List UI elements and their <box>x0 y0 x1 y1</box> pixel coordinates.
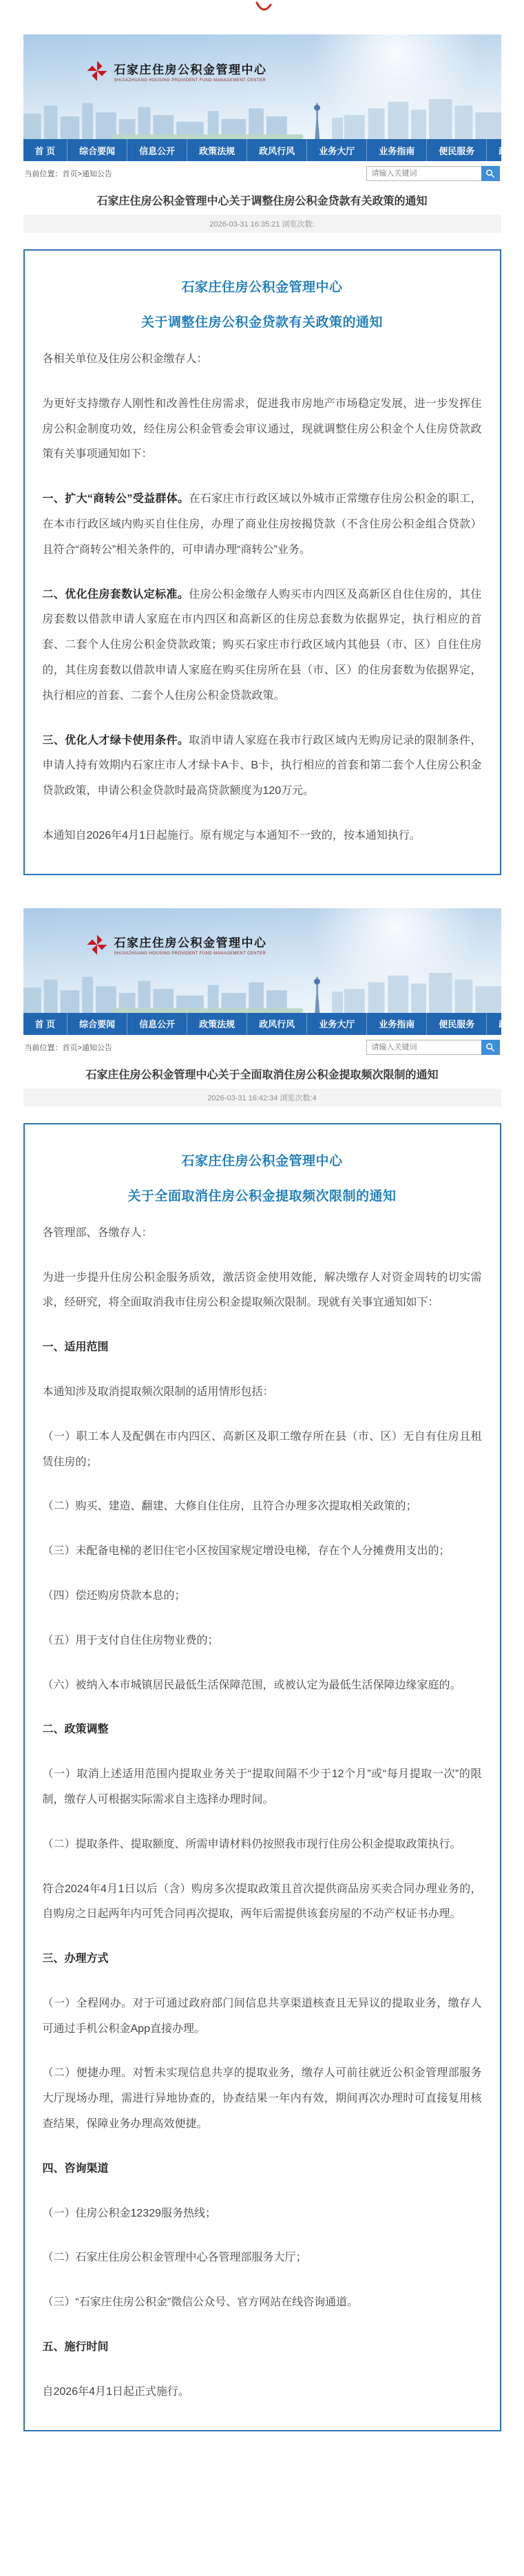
paragraph-text: （二）购买、建造、翻建、大修自住住房，且符合办理多次提取相关政策的； <box>43 1500 417 1512</box>
breadcrumb: 当前位置：首页>通知公告 <box>25 1042 112 1053</box>
nav-item[interactable]: 首 页 <box>23 1013 68 1035</box>
tv-tower-icon <box>314 103 320 139</box>
notice-paragraph: （三）“石家庄住房公积金”微信公众号、官方网站在线咨询通道。 <box>43 2290 482 2316</box>
nav-item[interactable]: 政策法规 <box>187 139 247 161</box>
breadcrumb-path[interactable]: 首页>通知公告 <box>63 1044 112 1052</box>
breadcrumb-label: 当前位置： <box>25 1044 63 1052</box>
notice-paragraph: （五）用于支付自住住房物业费的； <box>43 1629 482 1654</box>
search-button[interactable] <box>481 1040 500 1055</box>
nav-item[interactable]: 便民服务 <box>427 139 487 161</box>
paragraph-text: （三）“石家庄住房公积金”微信公众号、官方网站在线咨询通道。 <box>43 2296 359 2308</box>
paragraph-text: （一）全程网办。对于可通过政府部门间信息共享渠道核查且无异议的提取业务，缴存人可… <box>43 1998 482 2035</box>
notice-body: 各管理部、各缴存人：为进一步提升住房公积金服务质效，激活资金使用效能，解决缴存人… <box>43 1221 482 2405</box>
notice-body: 各相关单位及住房公积金缴存人：为更好支持缴存人刚性和改善性住房需求，促进我市房地… <box>43 347 482 849</box>
notice-paragraph: （一）住房公积金12329服务热线； <box>43 2201 482 2227</box>
search-input[interactable] <box>366 1040 481 1055</box>
paragraph-text: （二）石家庄住房公积金管理中心各管理部服务大厅； <box>43 2252 307 2263</box>
main-nav: 首 页综合要闻信息公开政策法规政风行风业务大厅业务指南便民服务政民互动 <box>23 139 501 161</box>
paragraph-lead: 四、咨询渠道 <box>43 2163 109 2175</box>
notice-paragraph: （二）石家庄住房公积金管理中心各管理部服务大厅； <box>43 2245 482 2271</box>
notice-paragraph: 三、办理方式 <box>43 1947 482 1972</box>
nav-item[interactable]: 综合要闻 <box>67 1013 127 1035</box>
paragraph-text: 本通知自2026年4月1日起施行。原有规定与本通知不一致的，按本通知执行。 <box>43 830 421 841</box>
paragraph-text: 自2026年4月1日起正式施行。 <box>43 2386 189 2398</box>
nav-item[interactable]: 政风行风 <box>247 139 307 161</box>
paragraph-text: 为进一步提升住房公积金服务质效，激活资金使用效能，解决缴存人对资金周转的切实需求… <box>43 1272 482 1309</box>
paragraph-lead: 一、扩大“商转公”受益群体。 <box>43 493 189 505</box>
city-skyline-image <box>23 96 501 139</box>
article-title: 石家庄住房公积金管理中心关于调整住房公积金贷款有关政策的通知 <box>23 192 501 208</box>
paragraph-text: （五）用于支付自住住房物业费的； <box>43 1635 219 1646</box>
city-skyline-image <box>23 970 501 1013</box>
notice-paragraph: 一、适用范围 <box>43 1335 482 1361</box>
notice-paragraph: （一）职工本人及配偶在市内四区、高新区及职工缴存所在县（市、区）无自有住房且租赁… <box>43 1425 482 1476</box>
breadcrumb-label: 当前位置： <box>25 170 63 178</box>
notice-paragraph: 本通知自2026年4月1日起施行。原有规定与本通知不一致的，按本通知执行。 <box>43 824 482 849</box>
paragraph-text: （四）偿还购房贷款本息的； <box>43 1590 186 1602</box>
doc-title-line2: 关于调整住房公积金贷款有关政策的通知 <box>43 312 482 331</box>
nav-item[interactable]: 首 页 <box>23 139 68 161</box>
notice-paragraph: 为进一步提升住房公积金服务质效，激活资金使用效能，解决缴存人对资金周转的切实需求… <box>43 1266 482 1317</box>
nav-item[interactable]: 政风行风 <box>247 1013 307 1035</box>
paragraph-text: 本通知涉及取消提取频次限制的适用情形包括： <box>43 1386 274 1398</box>
paragraph-text: 符合2024年4月1日以后（含）购房多次提取政策且首次提供商品房买卖合同办理业务… <box>43 1883 482 1920</box>
nav-item[interactable]: 业务指南 <box>367 1013 427 1035</box>
nav-item[interactable]: 业务大厅 <box>307 139 367 161</box>
paragraph-text: （一）住房公积金12329服务热线； <box>43 2208 217 2219</box>
site-logo-subtitle: SHIJIAZHUANG HOUSING PROVIDENT FUND MANA… <box>114 78 267 83</box>
notice-document-1: 石家庄住房公积金管理中心 关于调整住房公积金贷款有关政策的通知 各相关单位及住房… <box>23 249 501 875</box>
notice-paragraph: （三）未配备电梯的老旧住宅小区按国家规定增设电梯，存在个人分摊费用支出的； <box>43 1539 482 1564</box>
doc-title-line2: 关于全面取消住房公积金提取频次限制的通知 <box>43 1186 482 1204</box>
nav-item[interactable]: 便民服务 <box>427 1013 487 1035</box>
search-box <box>366 1040 500 1055</box>
paragraph-text: （一）取消上述适用范围内提取业务关于“提取间隔不少于12个月”或“每月提取一次”… <box>43 1768 482 1805</box>
pinwheel-logo-icon <box>85 933 109 956</box>
paragraph-text: （二）便捷办理。对暂未实现信息共享的提取业务，缴存人可前往就近公积金管理部服务大… <box>43 2067 482 2130</box>
paragraph-lead: 三、办理方式 <box>43 1953 109 1965</box>
pinwheel-logo-icon <box>85 59 109 83</box>
notice-paragraph: （一）取消上述适用范围内提取业务关于“提取间隔不少于12个月”或“每月提取一次”… <box>43 1762 482 1813</box>
breadcrumb: 当前位置：首页>通知公告 <box>25 168 112 179</box>
notice-paragraph: （一）全程网办。对于可通过政府部门间信息共享渠道核查且无异议的提取业务，缴存人可… <box>43 1991 482 2042</box>
search-icon <box>485 169 495 178</box>
notice-paragraph: （四）偿还购房贷款本息的； <box>43 1584 482 1609</box>
site-banner: 石家庄住房公积金管理中心 SHIJIAZHUANG HOUSING PROVID… <box>23 908 501 1013</box>
nav-item[interactable]: 政民互动 <box>487 1013 524 1035</box>
notice-paragraph: 五、施行时间 <box>43 2335 482 2360</box>
paragraph-text: （三）未配备电梯的老旧住宅小区按国家规定增设电梯，存在个人分摊费用支出的； <box>43 1545 450 1557</box>
paragraph-lead: 二、政策调整 <box>43 1724 109 1735</box>
nav-item[interactable]: 业务大厅 <box>307 1013 367 1035</box>
notice-paragraph: 符合2024年4月1日以后（含）购房多次提取政策且首次提供商品房买卖合同办理业务… <box>43 1877 482 1928</box>
notice-paragraph: 为更好支持缴存人刚性和改善性住房需求，促进我市房地产市场稳定发展，进一步发挥住房… <box>43 392 482 468</box>
red-swoosh-icon <box>255 1 273 14</box>
search-box <box>366 166 500 181</box>
nav-item[interactable]: 综合要闻 <box>67 139 127 161</box>
notice-paragraph: 二、政策调整 <box>43 1717 482 1743</box>
notice-paragraph: （二）便捷办理。对暂未实现信息共享的提取业务，缴存人可前往就近公积金管理部服务大… <box>43 2061 482 2137</box>
breadcrumb-row: 当前位置：首页>通知公告 <box>23 1035 501 1058</box>
paragraph-lead: 二、优化住房套数认定标准。 <box>43 589 189 600</box>
site-banner: 石家庄住房公积金管理中心 SHIJIAZHUANG HOUSING PROVID… <box>23 34 501 139</box>
tv-tower-icon <box>314 976 320 1012</box>
paragraph-text: 为更好支持缴存人刚性和改善性住房需求，促进我市房地产市场稳定发展，进一步发挥住房… <box>43 398 482 461</box>
nav-item[interactable]: 政策法规 <box>187 1013 247 1035</box>
site-logo-title: 石家庄住房公积金管理中心 <box>114 933 267 950</box>
search-button[interactable] <box>481 166 500 181</box>
notice-paragraph: 三、优化人才绿卡使用条件。取消申请人家庭在我市行政区域内无购房记录的限制条件，申… <box>43 729 482 804</box>
article-meta: 2026-03-31 16:42:34 浏览次数:4 <box>23 1089 501 1107</box>
doc-title-line1: 石家庄住房公积金管理中心 <box>43 1151 482 1169</box>
red-scroll-mark <box>255 1 273 14</box>
search-input[interactable] <box>366 166 481 181</box>
site-logo: 石家庄住房公积金管理中心 SHIJIAZHUANG HOUSING PROVID… <box>85 933 267 956</box>
site-logo-subtitle: SHIJIAZHUANG HOUSING PROVIDENT FUND MANA… <box>114 952 267 956</box>
page-screenshot-1: 石家庄住房公积金管理中心 SHIJIAZHUANG HOUSING PROVID… <box>23 0 501 875</box>
paragraph-lead: 一、适用范围 <box>43 1341 109 1353</box>
paragraph-text: （一）职工本人及配偶在市内四区、高新区及职工缴存所在县（市、区）无自有住房且租赁… <box>43 1431 482 1468</box>
doc-title-line1: 石家庄住房公积金管理中心 <box>43 277 482 295</box>
paragraph-text: （六）被纳入本市城镇居民最低生活保障范围，或被认定为最低生活保障边缘家庭的。 <box>43 1679 461 1691</box>
notice-paragraph: 自2026年4月1日起正式施行。 <box>43 2380 482 2405</box>
paragraph-text: 住房公积金缴存人购买市内四区及高新区自住住房的，其住房套数以借款申请人家庭在市内… <box>43 589 482 702</box>
notice-paragraph: （二）购买、建造、翻建、大修自住住房，且符合办理多次提取相关政策的； <box>43 1494 482 1520</box>
page-screenshot-2: 石家庄住房公积金管理中心 SHIJIAZHUANG HOUSING PROVID… <box>23 908 501 2431</box>
nav-item[interactable]: 业务指南 <box>367 139 427 161</box>
notice-paragraph: 四、咨询渠道 <box>43 2157 482 2182</box>
paragraph-text: 各相关单位及住房公积金缴存人： <box>43 353 208 365</box>
article-title: 石家庄住房公积金管理中心关于全面取消住房公积金提取频次限制的通知 <box>23 1066 501 1082</box>
paragraph-text: （二）提取条件、提取额度、所需申请材料仍按照我市现行住房公积金提取政策执行。 <box>43 1839 461 1850</box>
breadcrumb-path[interactable]: 首页>通知公告 <box>63 170 112 178</box>
notice-paragraph: 二、优化住房套数认定标准。住房公积金缴存人购买市内四区及高新区自住住房的，其住房… <box>43 583 482 709</box>
paragraph-text: 各管理部、各缴存人： <box>43 1227 153 1239</box>
nav-item[interactable]: 信息公开 <box>127 139 187 161</box>
nav-item[interactable]: 政民互动 <box>487 139 524 161</box>
notice-paragraph: 本通知涉及取消提取频次限制的适用情形包括： <box>43 1380 482 1405</box>
paragraph-lead: 三、优化人才绿卡使用条件。 <box>43 735 189 746</box>
notice-paragraph: 一、扩大“商转公”受益群体。在石家庄市行政区域以外城市正常缴存住房公积金的职工，… <box>43 487 482 563</box>
nav-item[interactable]: 信息公开 <box>127 1013 187 1035</box>
search-icon <box>485 1043 495 1052</box>
site-logo: 石家庄住房公积金管理中心 SHIJIAZHUANG HOUSING PROVID… <box>85 59 267 83</box>
notice-paragraph: （二）提取条件、提取额度、所需申请材料仍按照我市现行住房公积金提取政策执行。 <box>43 1832 482 1858</box>
notice-paragraph: （六）被纳入本市城镇居民最低生活保障范围，或被认定为最低生活保障边缘家庭的。 <box>43 1673 482 1699</box>
notice-paragraph: 各相关单位及住房公积金缴存人： <box>43 347 482 373</box>
site-logo-title: 石家庄住房公积金管理中心 <box>114 60 267 77</box>
notice-paragraph: 各管理部、各缴存人： <box>43 1221 482 1246</box>
article-meta: 2026-03-31 16:35:21 浏览次数: <box>23 215 501 233</box>
notice-document-2: 石家庄住房公积金管理中心 关于全面取消住房公积金提取频次限制的通知 各管理部、各… <box>23 1123 501 2431</box>
paragraph-lead: 五、施行时间 <box>43 2341 109 2353</box>
main-nav: 首 页综合要闻信息公开政策法规政风行风业务大厅业务指南便民服务政民互动 <box>23 1013 501 1035</box>
breadcrumb-row: 当前位置：首页>通知公告 <box>23 161 501 184</box>
